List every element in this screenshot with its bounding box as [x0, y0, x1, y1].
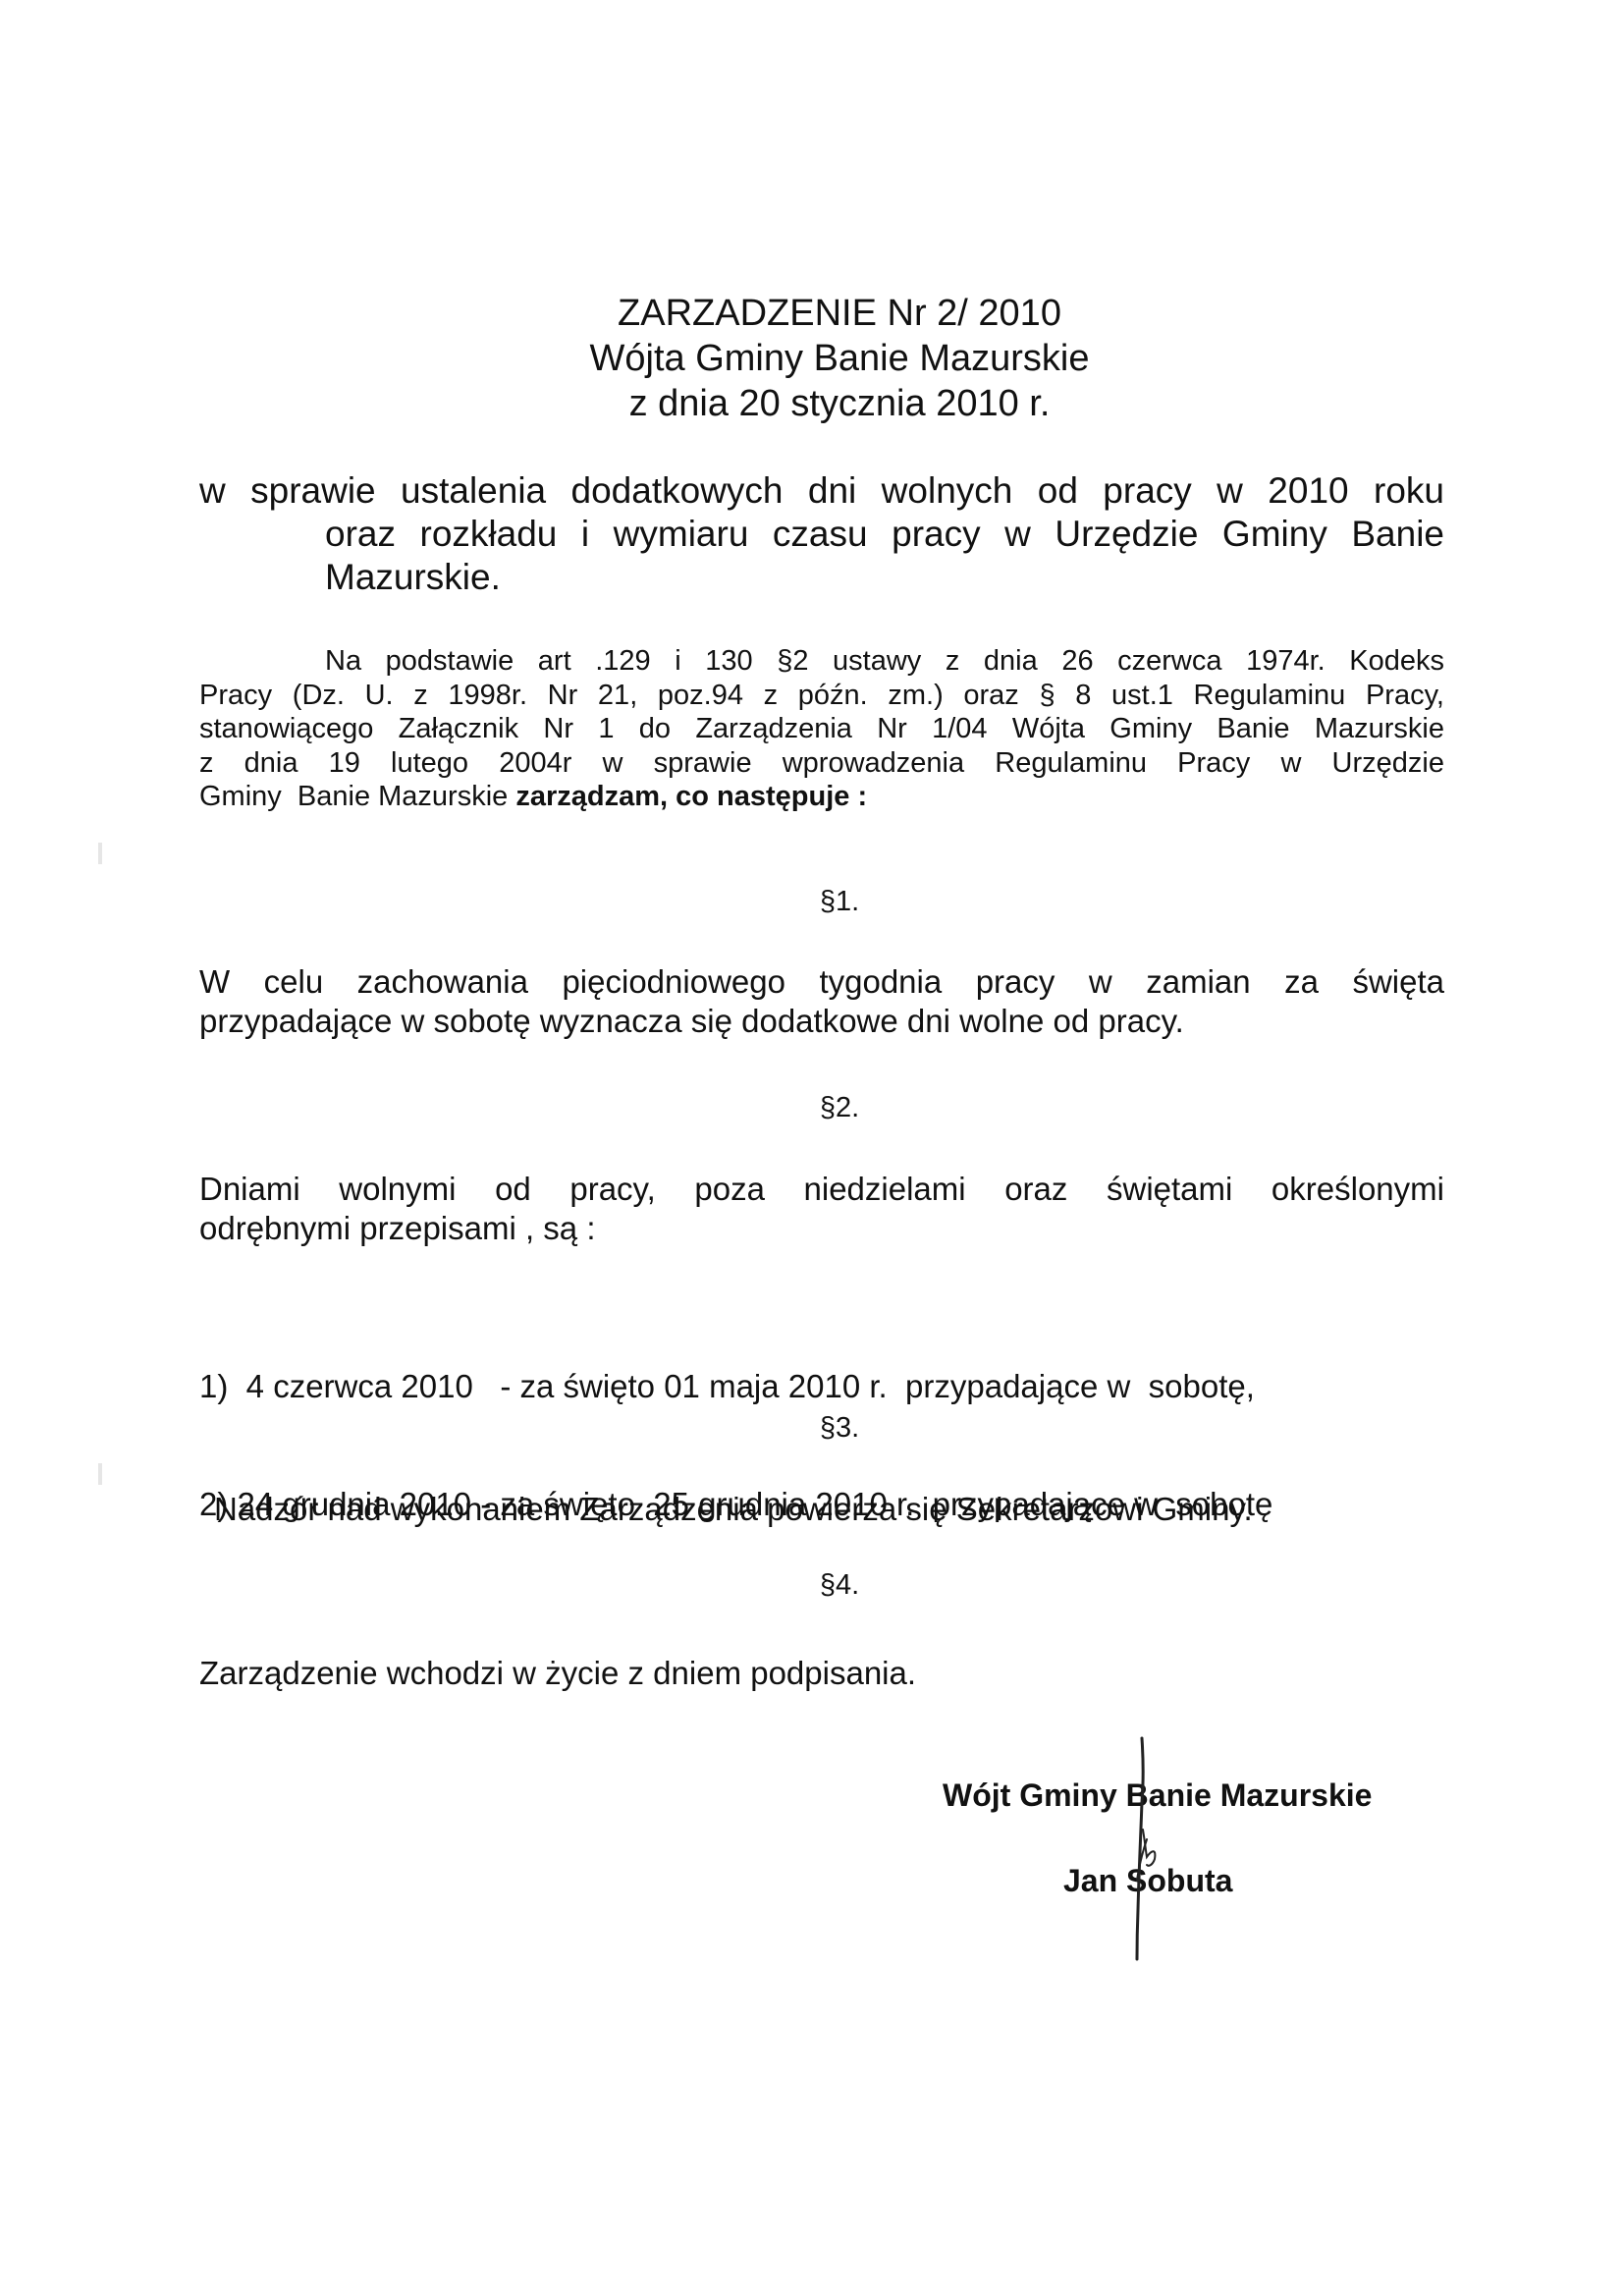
basis-line: stanowiącego Załącznik Nr 1 do Zarządzen…	[199, 712, 1444, 746]
scan-artifact	[98, 843, 102, 864]
section-line: przypadające w sobotę wyznacza się dodat…	[199, 1002, 1444, 1041]
basis-line-text: Gminy Banie Mazurskie	[199, 781, 515, 812]
section-2-text: Dniami wolnymi od pracy, poza niedzielam…	[199, 1170, 1444, 1248]
document-subject: w sprawie ustalenia dodatkowych dni woln…	[199, 469, 1444, 599]
title-line-ordinance: ZARZADZENIE Nr 2/ 2010	[0, 291, 1623, 336]
section-1-text: W celu zachowania pięciodniowego tygodni…	[199, 962, 1444, 1041]
handwritten-signature-icon	[1109, 1733, 1168, 1969]
section-3-text: Nadzór nad wykonaniem Zarządzenia powier…	[214, 1490, 1459, 1529]
document-title: ZARZADZENIE Nr 2/ 2010 Wójta Gminy Banie…	[0, 291, 1623, 426]
section-line: W celu zachowania pięciodniowego tygodni…	[199, 962, 1444, 1002]
basis-line: Na podstawie art .129 i 130 §2 ustawy z …	[199, 644, 1444, 679]
section-line: Dniami wolnymi od pracy, poza niedzielam…	[199, 1170, 1444, 1209]
subject-line: oraz rozkładu i wymiaru czasu pracy w Ur…	[325, 513, 1444, 556]
subject-line: Mazurskie.	[325, 556, 1444, 599]
section-4-text: Zarządzenie wchodzi w życie z dniem podp…	[199, 1654, 1444, 1693]
list-item: 1) 4 czerwca 2010 - za święto 01 maja 20…	[199, 1367, 1444, 1406]
decree-phrase: zarządzam, co następuje :	[515, 781, 867, 812]
basis-line: Gminy Banie Mazurskie zarządzam, co nast…	[199, 780, 1444, 814]
section-sign-3: §3.	[0, 1412, 1623, 1445]
section-sign-2: §2.	[0, 1092, 1623, 1124]
section-line: odrębnymi przepisami , są :	[199, 1209, 1444, 1248]
section-sign-4: §4.	[0, 1569, 1623, 1602]
basis-line: Pracy (Dz. U. z 1998r. Nr 21, poz.94 z p…	[199, 679, 1444, 713]
subject-line: w sprawie ustalenia dodatkowych dni woln…	[199, 469, 1444, 513]
section-sign-1: §1.	[0, 886, 1623, 918]
section-line: Zarządzenie wchodzi w życie z dniem podp…	[199, 1654, 1444, 1693]
days-off-list: 1) 4 czerwca 2010 - za święto 01 maja 20…	[199, 1288, 1444, 1603]
basis-line: z dnia 19 lutego 2004r w sprawie wprowad…	[199, 746, 1444, 781]
document-page: ZARZADZENIE Nr 2/ 2010 Wójta Gminy Banie…	[0, 0, 1623, 2296]
section-line: Nadzór nad wykonaniem Zarządzenia powier…	[214, 1490, 1459, 1529]
title-line-date: z dnia 20 stycznia 2010 r.	[0, 381, 1623, 426]
legal-basis-paragraph: Na podstawie art .129 i 130 §2 ustawy z …	[199, 644, 1444, 814]
scan-artifact	[98, 1463, 102, 1485]
title-line-issuer: Wójta Gminy Banie Mazurskie	[0, 336, 1623, 381]
